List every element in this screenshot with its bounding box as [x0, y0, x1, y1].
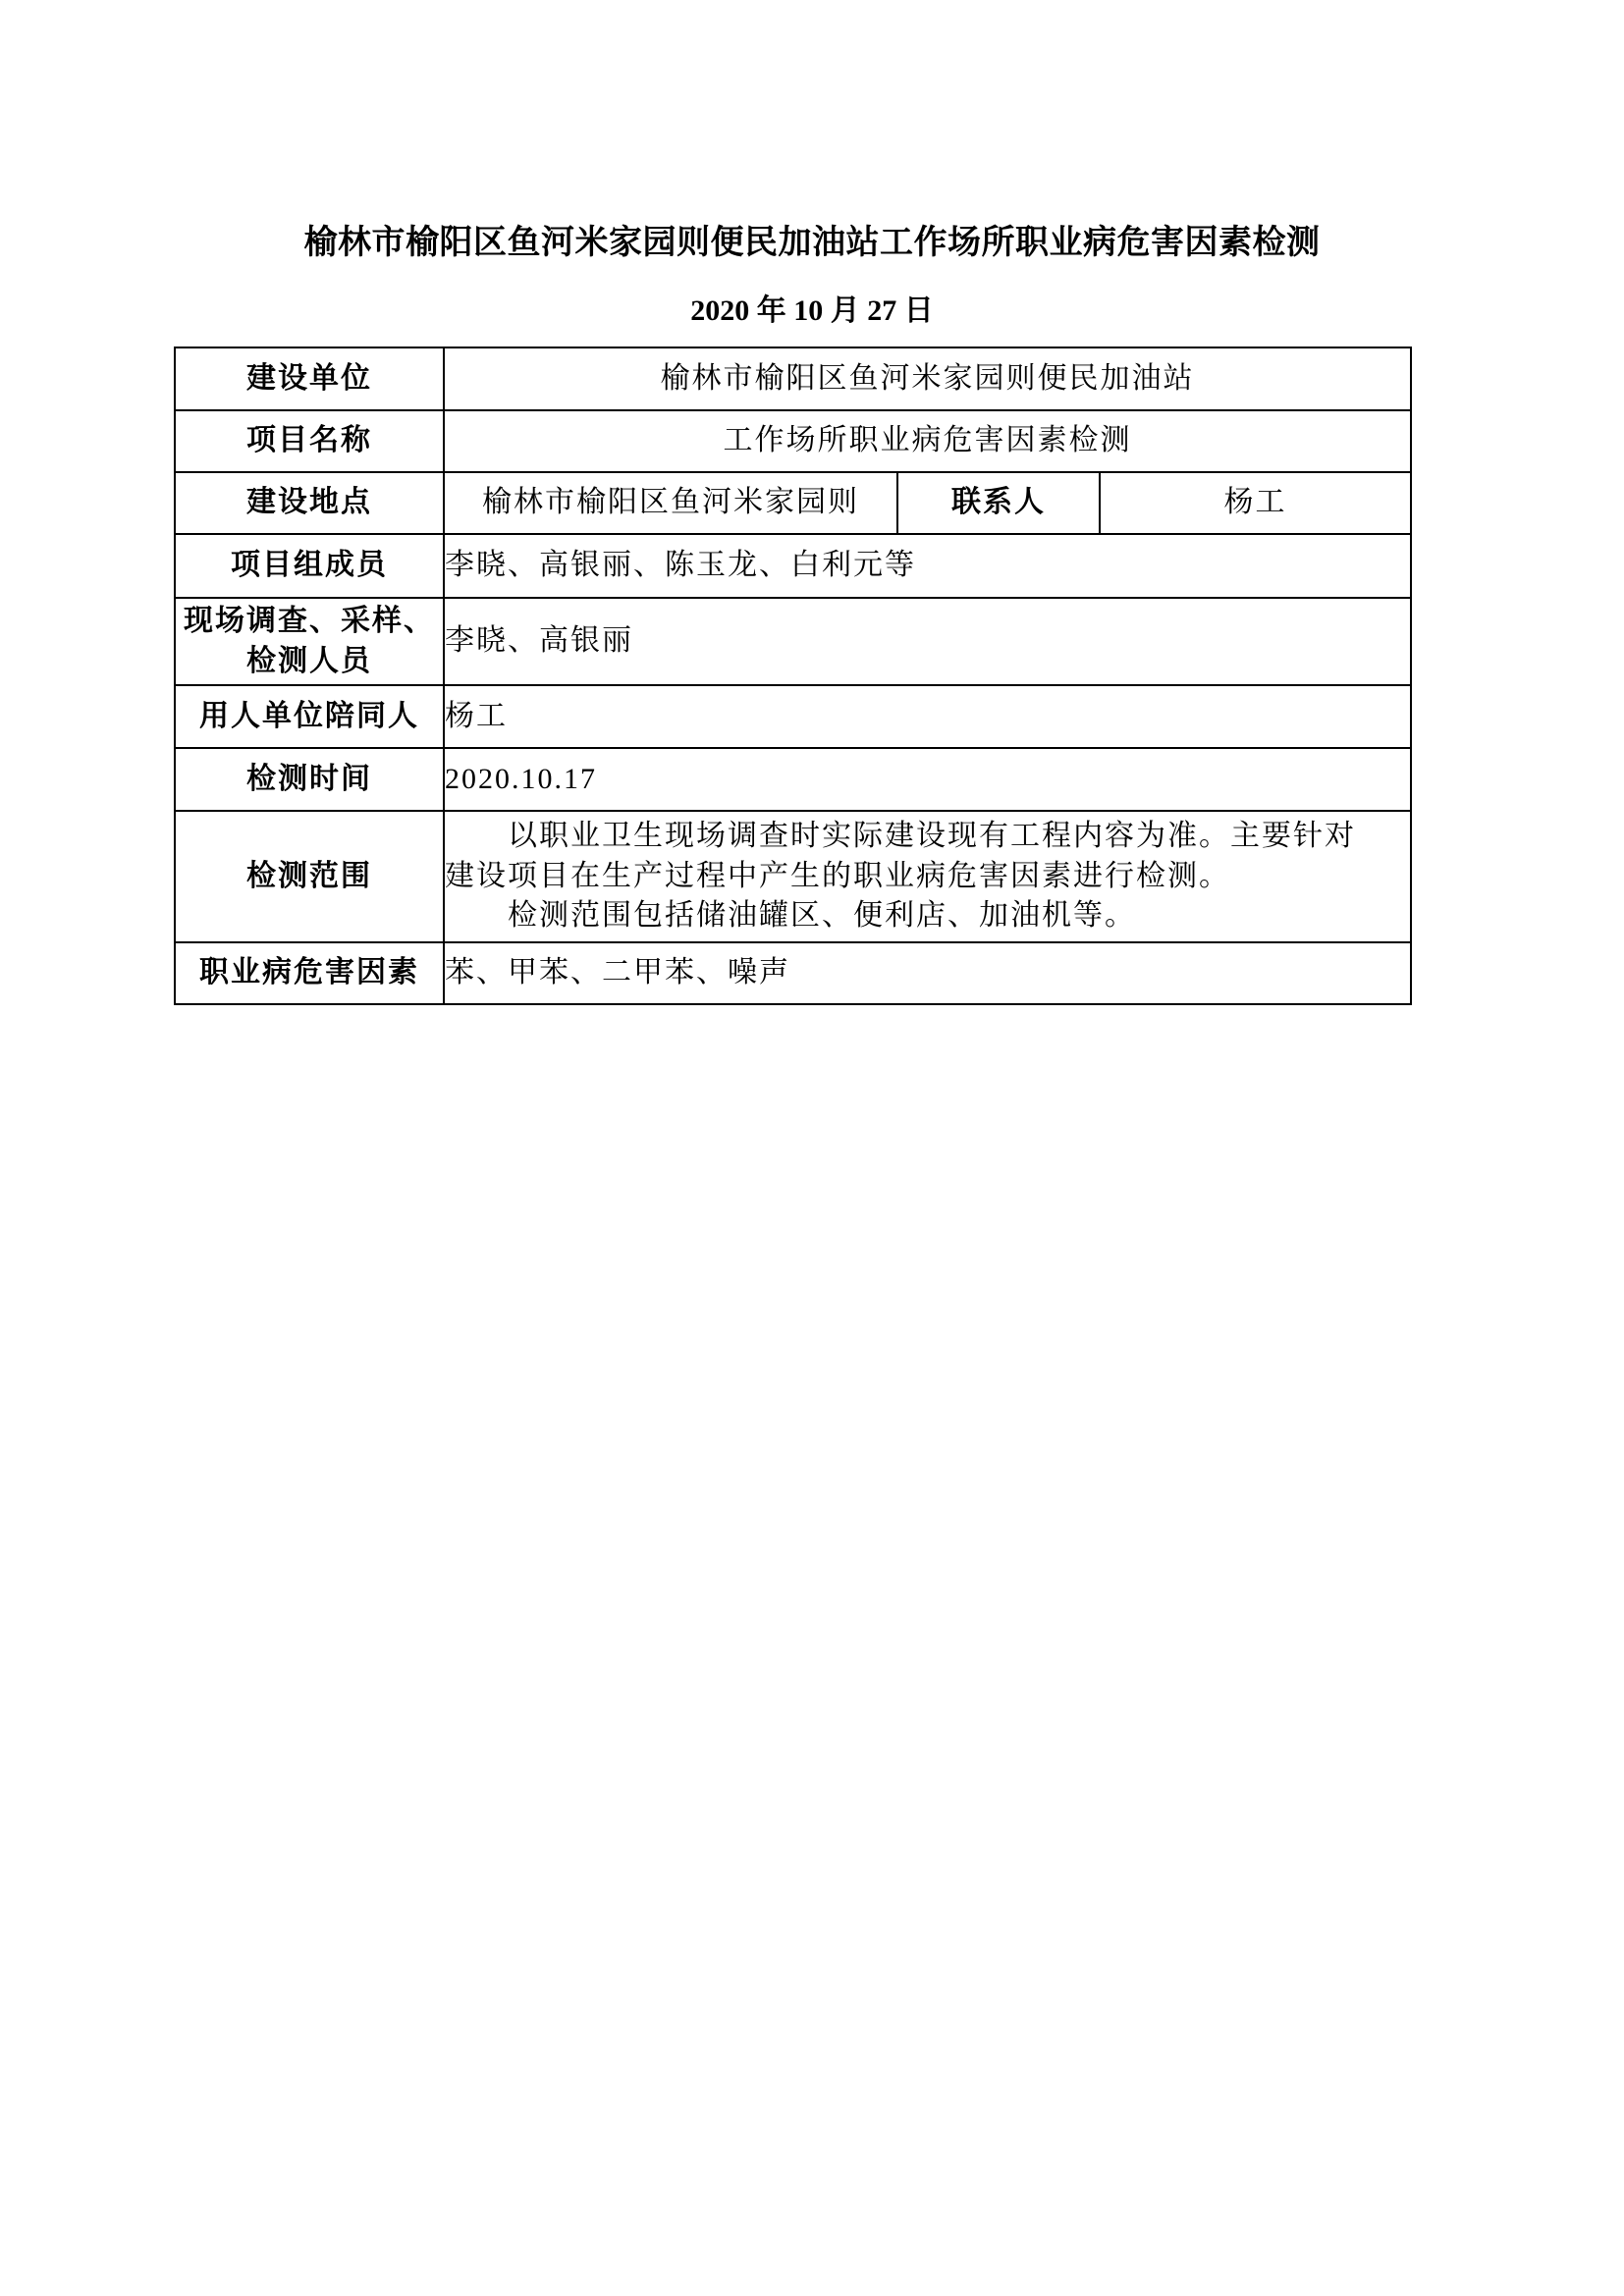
row-construction-site: 建设地点 榆林市榆阳区鱼河米家园则 联系人 杨工	[175, 472, 1411, 534]
detection-scope-label: 检测范围	[175, 811, 444, 942]
row-project-team: 项目组成员 李晓、高银丽、陈玉龙、白利元等	[175, 534, 1411, 598]
detection-time-label: 检测时间	[175, 748, 444, 811]
project-name-value: 工作场所职业病危害因素检测	[444, 410, 1411, 472]
employer-escort-label: 用人单位陪同人	[175, 685, 444, 748]
construction-unit-label: 建设单位	[175, 347, 444, 410]
construction-site-label: 建设地点	[175, 472, 444, 534]
hazard-factors-label: 职业病危害因素	[175, 942, 444, 1004]
contact-person-value: 杨工	[1100, 472, 1411, 534]
row-detection-time: 检测时间 2020.10.17	[175, 748, 1411, 811]
row-survey-personnel: 现场调查、采样、 检测人员 李晓、高银丽	[175, 598, 1411, 685]
project-name-label: 项目名称	[175, 410, 444, 472]
detection-scope-value: 以职业卫生现场调查时实际建设现有工程内容为准。主要针对 建设项目在生产过程中产生…	[444, 811, 1411, 942]
row-detection-scope: 检测范围 以职业卫生现场调查时实际建设现有工程内容为准。主要针对 建设项目在生产…	[175, 811, 1411, 942]
document-date: 2020 年 10 月 27 日	[0, 286, 1624, 329]
project-team-label: 项目组成员	[175, 534, 444, 598]
document-title: 榆林市榆阳区鱼河米家园则便民加油站工作场所职业病危害因素检测	[0, 215, 1624, 263]
hazard-factors-value: 苯、甲苯、二甲苯、噪声	[444, 942, 1411, 1004]
employer-escort-value: 杨工	[444, 685, 1411, 748]
row-construction-unit: 建设单位 榆林市榆阳区鱼河米家园则便民加油站	[175, 347, 1411, 410]
project-info-table: 建设单位 榆林市榆阳区鱼河米家园则便民加油站 项目名称 工作场所职业病危害因素检…	[174, 347, 1412, 1005]
contact-person-label: 联系人	[897, 472, 1100, 534]
detection-time-value: 2020.10.17	[444, 748, 1411, 811]
survey-personnel-label: 现场调查、采样、 检测人员	[175, 598, 444, 685]
construction-unit-value: 榆林市榆阳区鱼河米家园则便民加油站	[444, 347, 1411, 410]
row-employer-escort: 用人单位陪同人 杨工	[175, 685, 1411, 748]
document-page: 榆林市榆阳区鱼河米家园则便民加油站工作场所职业病危害因素检测 2020 年 10…	[0, 0, 1624, 2296]
survey-personnel-value: 李晓、高银丽	[444, 598, 1411, 685]
row-project-name: 项目名称 工作场所职业病危害因素检测	[175, 410, 1411, 472]
construction-site-value: 榆林市榆阳区鱼河米家园则	[444, 472, 897, 534]
row-hazard-factors: 职业病危害因素 苯、甲苯、二甲苯、噪声	[175, 942, 1411, 1004]
project-team-value: 李晓、高银丽、陈玉龙、白利元等	[444, 534, 1411, 598]
